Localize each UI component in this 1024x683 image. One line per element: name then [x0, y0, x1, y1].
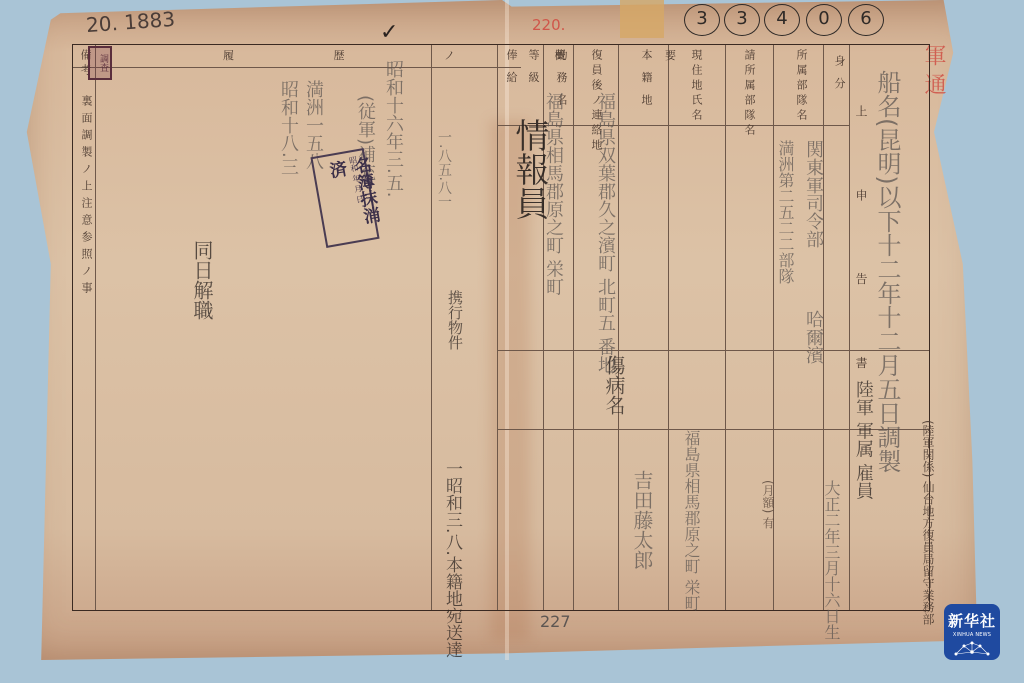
office-caption: (陸軍関係) 仙台地方復員局留守業務部 [920, 420, 937, 625]
header-rank: 等 級 [525, 49, 541, 87]
divider [73, 67, 521, 68]
domicile-address: 福島県双葉郡久之濱町 北町五 番地 [592, 92, 618, 373]
header-applicant-unit: 請所属部隊名 [741, 49, 757, 139]
header-belonging-unit: 所属部隊名 [793, 49, 809, 124]
header-domicile: 本 籍 地 [638, 49, 654, 109]
dismissal-note: 同日解職 [188, 240, 217, 320]
special-item: 携行物件 [445, 290, 466, 350]
logo-text-en: XINHUA NEWS [944, 632, 1000, 638]
circled-number: 6 [848, 4, 884, 36]
divider [431, 45, 432, 610]
monthly-allowance: (月額) 有 [760, 480, 777, 529]
form-title: 上 申 告 書 [853, 105, 870, 402]
garrison: 哈爾濱 [800, 310, 826, 364]
remarks-text: 裏面調製ノ上注意参照ノ事 [78, 95, 94, 299]
divider [497, 45, 498, 610]
top-center-number: 220. [532, 16, 565, 34]
tape-mark [620, 0, 664, 38]
guardian-address: 福島県相馬郡原之町 栄町 [680, 430, 703, 611]
circled-number: 4 [764, 4, 800, 36]
injury-header: 傷病名 [600, 355, 629, 415]
divider [668, 45, 669, 610]
rank-label: 陸軍 軍属 雇員 [850, 380, 876, 499]
circled-number: 3 [724, 4, 760, 36]
header-salary: 俸 給 [503, 49, 519, 87]
check-mark: ✓ [380, 20, 398, 45]
history-line: 昭和十六年三.五. [380, 60, 406, 197]
liaison-address: 福島県相馬郡原之町 栄町 [540, 92, 566, 296]
bottom-note: 一昭和三.八.本籍地宛送達 [440, 460, 465, 658]
birth-date: 大正二年三月十六日生 [820, 480, 843, 640]
unit-name: 関東軍司令部 [800, 140, 826, 248]
divider [618, 45, 619, 610]
bottom-number: 227 [540, 612, 571, 631]
xinhua-news-logo: 新华社 XINHUA NEWS [944, 604, 1000, 660]
circled-number: 3 [684, 4, 720, 36]
history-line: 昭和十八.三 [275, 80, 301, 176]
circled-number: 0 [806, 4, 842, 36]
divider [573, 45, 574, 610]
salary-note: 一.八五.八一 [434, 130, 454, 209]
seal-stamp: 調査 [88, 46, 112, 80]
divider [849, 45, 850, 610]
header-status: 身 分 [831, 55, 847, 93]
logo-text-cn: 新华社 [944, 610, 1000, 631]
network-icon [952, 640, 992, 656]
guardian-name: 吉田藤太郎 [628, 470, 657, 570]
divider [725, 45, 726, 610]
divider [95, 45, 96, 610]
unit-code: 満洲第二五二二部隊 [774, 140, 797, 284]
header-current-address: 現住地氏名 [688, 49, 704, 124]
